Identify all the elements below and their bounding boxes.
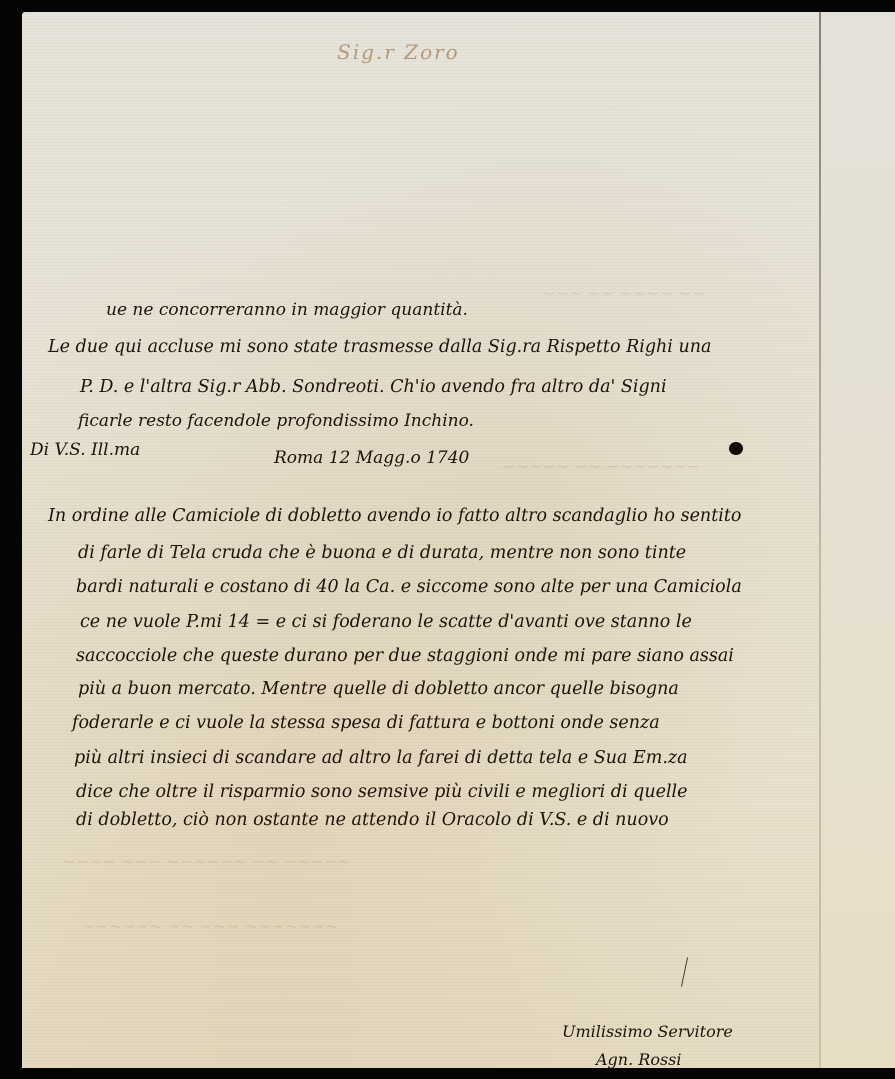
paragraph-2-line: In ordine alle Camiciole di dobletto ave… [48, 508, 741, 526]
paragraph-2-line: ce ne vuole P.mi 14 = e ci si foderano l… [80, 614, 692, 632]
paragraph-2-line: più altri insieci di scandare ad altro l… [74, 750, 688, 768]
pen-stroke [681, 957, 688, 987]
page-fold-line [819, 12, 821, 1070]
ink-blot [729, 442, 743, 455]
scan-border-left [0, 0, 22, 1079]
paragraph-2-line: di farle di Tela cruda che è buona e di … [78, 545, 686, 563]
place-date: Roma 12 Magg.o 1740 [274, 450, 469, 467]
paragraph-1-line: ue ne concorreranno in maggior quantità. [106, 302, 468, 319]
bleed-through-text: ~~~ ~~ ~~~~ ~~ [542, 284, 705, 303]
paragraph-2-line: più a buon mercato. Mentre quelle di dob… [78, 681, 679, 699]
signature-name: Agn. Rossi [596, 1052, 682, 1068]
paragraph-1-line: Le due qui accluse mi sono state trasmes… [48, 339, 711, 357]
paragraph-2-line: bardi naturali e costano di 40 la Ca. e … [76, 579, 742, 597]
endorsement-faded: Sig.r Zoro [337, 40, 460, 64]
paragraph-2-line: dice che oltre il risparmio sono semsive… [76, 784, 688, 802]
paragraph-2-line: di dobletto, ciò non ostante ne attendo … [76, 812, 669, 830]
manuscript-page: Sig.r Zoro ~~~ ~~ ~~~~ ~~ ~~~~~ ~~ ~~~~~… [22, 12, 895, 1070]
paragraph-1-line: P. D. e l'altra Sig.r Abb. Sondreoti. Ch… [80, 379, 667, 397]
closing-salutation: Di V.S. Ill.ma [30, 442, 140, 459]
paragraph-2-line: saccocciole che queste durano per due st… [76, 648, 734, 666]
scan-border-top [0, 0, 895, 12]
bleed-through-text: ~~~~ ~~~ ~~~~~~ ~~ ~~~~~ [62, 852, 350, 871]
scan-border-bottom [0, 1068, 895, 1079]
signature-closing: Umilissimo Servitore [562, 1024, 733, 1040]
bleed-through-text: ~~~~~~ ~~ ~~~ ~~~~~~~ [82, 917, 339, 936]
bleed-through-text: ~~~~~ ~~ ~~~~~~~ [502, 457, 700, 476]
paragraph-2-line: foderarle e ci vuole la stessa spesa di … [72, 715, 660, 733]
paragraph-1-line: ficarle resto facendole profondissimo In… [78, 413, 474, 430]
right-leaf [821, 12, 895, 1070]
